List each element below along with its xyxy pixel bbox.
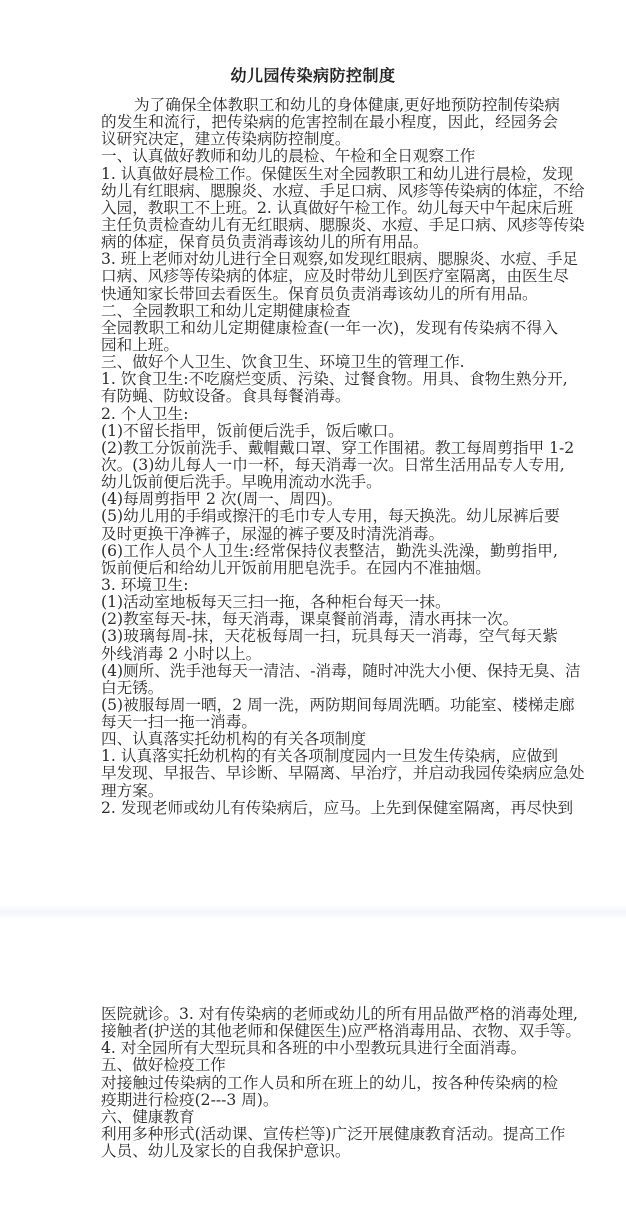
document-line: 入园，教职工不上班。2. 认真做好午检工作。幼儿每天中午起床后班 xyxy=(101,200,558,217)
document-line: 外线消毒 2 小时以上。 xyxy=(101,646,558,663)
document-line: 4. 对全园所有大型玩具和各班的中小型教玩具进行全面消毒。 xyxy=(101,1040,558,1057)
document-line: 人员、幼儿及家长的自我保护意识。 xyxy=(101,1143,558,1160)
document-line: 每天一扫一拖一消毒。 xyxy=(101,714,558,731)
document-line: 快通知家长带回去看医生。保育员负责消毒该幼儿的所有用品。 xyxy=(101,286,558,303)
document-line: (3)玻璃每周-抹，天花板每周一扫，玩具每天一消毒，空气每天紫 xyxy=(101,628,558,645)
document-line: 及时更换干净裤子，尿湿的裤子要及时清洗消毒。 xyxy=(101,526,558,543)
document-line: (4)厕所、洗手池每天一清洁、-消毒，随时冲洗大小便、保持无臭、洁 xyxy=(101,663,558,680)
document-line: 议研究决定，建立传染病防控制度。 xyxy=(101,131,558,148)
document-line: 二、全园教职工和幼儿定期健康检查 xyxy=(101,303,558,320)
page-break xyxy=(0,905,626,919)
document-line: 一、认真做好教师和幼儿的晨检、午检和全日观察工作 xyxy=(101,148,558,165)
document-line: 幼儿有红眼病、腮腺炎、水痘、手足口病、风疹等传染病的体症，不给 xyxy=(101,183,558,200)
document-line: 主任负责检查幼儿有无红眼病、腮腺炎、水痘、手足口病、风疹等传染 xyxy=(101,217,558,234)
document-line: 的发生和流行，把传染病的危害控制在最小程度，因此，经园务会 xyxy=(101,114,558,131)
document-line: (2)教室每天-抹，每天消毒，课桌餐前消毒，清水再抹一次。 xyxy=(101,611,558,628)
document-line: 全园教职工和幼儿定期健康检查(一年一次)，发现有传染病不得入 xyxy=(101,320,558,337)
document-line: (1)不留长指甲，饭前便后洗手，饭后嗽口。 xyxy=(101,423,558,440)
document-line: 幼儿饭前便后洗手。早晚用流动水洗手。 xyxy=(101,474,558,491)
document-line: 2. 发现老师或幼儿有传染病后，应马。上先到保健室隔离，再尽快到 xyxy=(101,800,558,817)
document-line: (5)被服每周一晒，2 周一洗，两防期间每周洗晒。功能室、楼梯走廊 xyxy=(101,697,558,714)
document-line: 六、健康教育 xyxy=(101,1109,558,1126)
document-line: 三、做好个人卫生、饮食卫生、环境卫生的管理工作. xyxy=(101,354,558,371)
document-page-2: 医院就诊。3. 对有传染病的老师或幼儿的所有用品做严格的消毒处理,接触者(护送的… xyxy=(0,920,626,1216)
document-title: 幼儿园传染病防控制度 xyxy=(0,65,626,87)
document-line: 疫期进行检疫(2---3 周)。 xyxy=(101,1092,558,1109)
document-line: (4)每周剪指甲 2 次(周一、周四)。 xyxy=(101,491,558,508)
document-line: 理方案。 xyxy=(101,783,558,800)
document-line: 医院就诊。3. 对有传染病的老师或幼儿的所有用品做严格的消毒处理, xyxy=(101,1006,558,1023)
document-line: 3. 环境卫生: xyxy=(101,577,558,594)
document-line: 1. 认真落实托幼机构的有关各项制度园内一旦发生传染病，应做到 xyxy=(101,748,558,765)
document-line: 园和上班。 xyxy=(101,337,558,354)
document-line: 3. 班上老师对幼儿进行全日观察,如发现红眼病、腮腺炎、水痘、手足 xyxy=(101,251,558,268)
document-line: 有防蝇、防蚊设备。食具每餐消毒。 xyxy=(101,388,558,405)
document-body-page-1: 为了确保全体教职工和幼儿的身体健康,更好地预防控制传染病的发生和流行，把传染病的… xyxy=(101,97,558,817)
document-line: 1. 认真做好晨检工作。保健医生对全园教职工和幼儿进行晨检，发现 xyxy=(101,166,558,183)
document-line: 早发现、早报告、早诊断、早隔离、早治疗，并启动我园传染病应急处 xyxy=(101,765,558,782)
document-page-1: 幼儿园传染病防控制度 为了确保全体教职工和幼儿的身体健康,更好地预防控制传染病的… xyxy=(0,0,626,900)
document-line: (2)教工分饭前洗手、戴帽戴口罩、穿工作围裙。教工每周剪指甲 1-2 xyxy=(101,440,558,457)
document-line: 为了确保全体教职工和幼儿的身体健康,更好地预防控制传染病 xyxy=(101,97,558,114)
document-line: 饭前便后和给幼儿开饭前用肥皂洗手。在园内不准抽烟。 xyxy=(101,560,558,577)
document-line: 五、做好检疫工作 xyxy=(101,1057,558,1074)
document-line: (1)活动室地板每天三扫一拖，各种柜台每天一抹。 xyxy=(101,594,558,611)
document-line: 1. 饮食卫生:不吃腐烂变质、污染、过餐食物。用具、食物生熟分开, xyxy=(101,371,558,388)
document-line: 次。(3)幼儿每人一巾一杯，每天消毒一次。日常生活用品专人专用, xyxy=(101,457,558,474)
document-line: 白无锈。 xyxy=(101,680,558,697)
document-line: 四、认真落实托幼机构的有关各项制度 xyxy=(101,731,558,748)
document-line: 口病、风疹等传染病的体症，应及时带幼儿到医疗室隔离，由医生尽 xyxy=(101,268,558,285)
document-line: 接触者(护送的其他老师和保健医生)应严格消毒用品、衣物、双手等。 xyxy=(101,1023,558,1040)
document-line: (5)幼儿用的手绢或擦汗的毛巾专人专用，每天换洗。幼儿尿裤后要 xyxy=(101,508,558,525)
document-line: 利用多种形式(活动课、宣传栏等)广泛开展健康教育活动。提高工作 xyxy=(101,1126,558,1143)
document-line: 病的体症，保育员负责消毒该幼儿的所有用品。 xyxy=(101,234,558,251)
document-line: 2. 个人卫生: xyxy=(101,406,558,423)
document-line: 对接触过传染病的工作人员和所在班上的幼儿，按各种传染病的检 xyxy=(101,1075,558,1092)
document-body-page-2: 医院就诊。3. 对有传染病的老师或幼儿的所有用品做严格的消毒处理,接触者(护送的… xyxy=(101,1006,558,1160)
document-line: (6)工作人员个人卫生:经常保持仪表整洁，勤洗头洗澡，勤剪指甲, xyxy=(101,543,558,560)
